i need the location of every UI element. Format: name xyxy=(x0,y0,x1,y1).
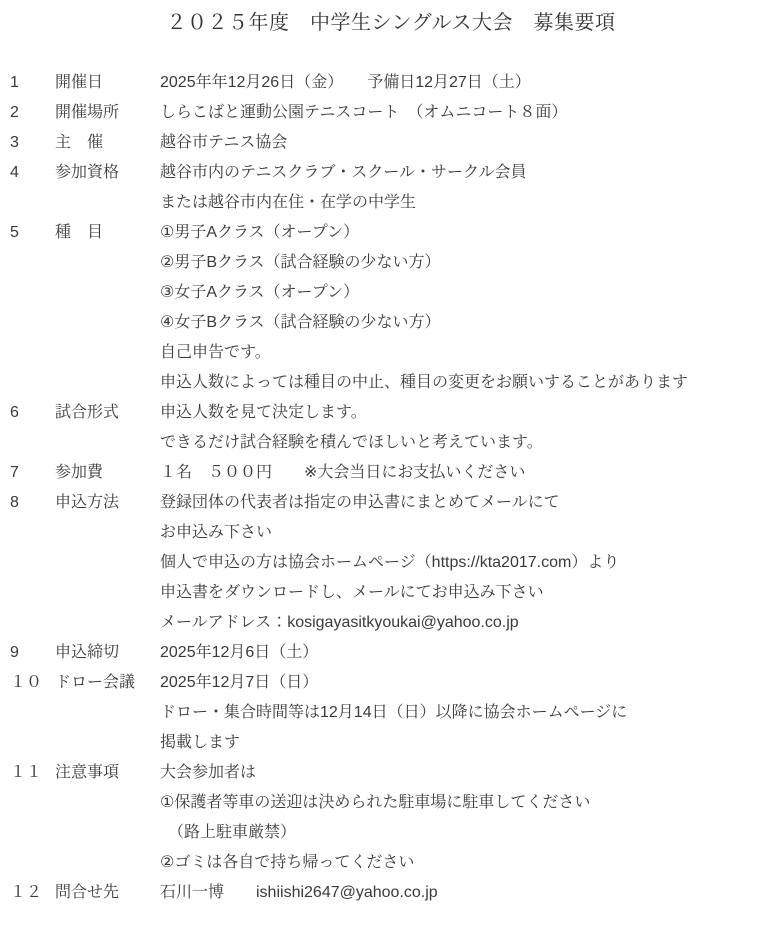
doc-row-5-class-b-girls: ④女子Bクラス（試合経験の少ない方） xyxy=(0,308,782,338)
row-text: しらこばと運動公園テニスコート （オムニコート８面） xyxy=(160,98,782,128)
row-label: 参加資格 xyxy=(55,158,160,188)
doc-row-12-toiawase: １２ 問合せ先 石川一博 ishiishi2647@yahoo.co.jp xyxy=(0,878,782,908)
doc-row-5-note: 申込人数によっては種目の中止、種目の変更をお願いすることがあります xyxy=(0,368,782,398)
row-text: 自己申告です。 xyxy=(160,338,782,368)
doc-row-11-trash: ②ゴミは各自で持ち帰ってください xyxy=(0,848,782,878)
row-label: 開催場所 xyxy=(55,98,160,128)
row-text: 2025年12月7日（日） xyxy=(160,668,782,698)
row-text: お申込み下さい xyxy=(160,518,782,548)
doc-row-3-shusai: 3 主 催 越谷市テニス協会 xyxy=(0,128,782,158)
row-label: 問合せ先 xyxy=(55,878,160,908)
row-text: ドロー・集合時間等は12月14日（日）以降に協会ホームページに xyxy=(160,698,782,728)
row-number: １１ xyxy=(10,758,55,788)
row-label: 注意事項 xyxy=(55,758,160,788)
row-text: 2025年12月6日（土） xyxy=(160,638,782,668)
row-text: 越谷市内のテニスクラブ・スクール・サークル会員 xyxy=(160,158,782,188)
doc-row-11-chuijiko: １１ 注意事項 大会参加者は xyxy=(0,758,782,788)
row-text: 個人で申込の方は協会ホームページ（https://kta2017.com）より xyxy=(160,548,782,578)
row-number: １０ xyxy=(10,668,55,698)
row-text: ①男子Aクラス（オープン） xyxy=(160,218,782,248)
row-text: 申込人数を見て決定します。 xyxy=(160,398,782,428)
doc-row-7-sankahi: 7 参加費 １名 ５００円 ※大会当日にお支払いください xyxy=(0,458,782,488)
row-label: 申込締切 xyxy=(55,638,160,668)
row-number: １２ xyxy=(10,878,55,908)
row-text: 登録団体の代表者は指定の申込書にまとめてメールにて xyxy=(160,488,782,518)
row-text: ②男子Bクラス（試合経験の少ない方） xyxy=(160,248,782,278)
row-label: ドロー会議 xyxy=(55,668,160,698)
doc-row-1-kaisaibi: 1 開催日 2025年年12月26日（金） 予備日12月27日（土） xyxy=(0,68,782,98)
row-text: できるだけ試合経験を積んでほしいと考えています。 xyxy=(160,428,782,458)
doc-row-9-shimekiri: 9 申込締切 2025年12月6日（土） xyxy=(0,638,782,668)
row-text: 石川一博 ishiishi2647@yahoo.co.jp xyxy=(160,878,782,908)
row-text: １名 ５００円 ※大会当日にお支払いください xyxy=(160,458,782,488)
row-label: 主 催 xyxy=(55,128,160,158)
row-number: 9 xyxy=(10,638,55,668)
document-page: ２０２５年度 中学生シングルス大会 募集要項 1 開催日 2025年年12月26… xyxy=(0,0,782,938)
row-text: 大会参加者は xyxy=(160,758,782,788)
row-number: 1 xyxy=(10,68,55,98)
row-number: 3 xyxy=(10,128,55,158)
doc-row-6-shiaikeishiki: 6 試合形式 申込人数を見て決定します。 xyxy=(0,398,782,428)
row-label: 種 目 xyxy=(55,218,160,248)
doc-row-8-email: メールアドレス：kosigayasitkyoukai@yahoo.co.jp xyxy=(0,608,782,638)
doc-row-11-no-street-parking: （路上駐車厳禁） xyxy=(0,818,782,848)
row-label: 試合形式 xyxy=(55,398,160,428)
doc-row-10-continuation-1: ドロー・集合時間等は12月14日（日）以降に協会ホームページに xyxy=(0,698,782,728)
doc-row-8-moushikomi: 8 申込方法 登録団体の代表者は指定の申込書にまとめてメールにて xyxy=(0,488,782,518)
doc-row-8-continuation-2: 申込書をダウンロードし、メールにてお申込み下さい xyxy=(0,578,782,608)
row-label: 開催日 xyxy=(55,68,160,98)
row-number: 2 xyxy=(10,98,55,128)
doc-row-4-sankashikaku: 4 参加資格 越谷市内のテニスクラブ・スクール・サークル会員 xyxy=(0,158,782,188)
doc-row-10-draw-kaigi: １０ ドロー会議 2025年12月7日（日） xyxy=(0,668,782,698)
row-text: ②ゴミは各自で持ち帰ってください xyxy=(160,848,782,878)
row-text: ③女子Aクラス（オープン） xyxy=(160,278,782,308)
doc-row-5-class-b-boys: ②男子Bクラス（試合経験の少ない方） xyxy=(0,248,782,278)
doc-row-5-class-a-girls: ③女子Aクラス（オープン） xyxy=(0,278,782,308)
doc-row-11-parking: ①保護者等車の送迎は決められた駐車場に駐車してください xyxy=(0,788,782,818)
page-title: ２０２５年度 中学生シングルス大会 募集要項 xyxy=(0,0,782,36)
row-number: 8 xyxy=(10,488,55,518)
row-text: ①保護者等車の送迎は決められた駐車場に駐車してください xyxy=(160,788,782,818)
row-label: 申込方法 xyxy=(55,488,160,518)
doc-row-5-shumoku: 5 種 目 ①男子Aクラス（オープン） xyxy=(0,218,782,248)
row-text: 掲載します xyxy=(160,728,782,758)
row-number: 5 xyxy=(10,218,55,248)
row-number: 6 xyxy=(10,398,55,428)
row-text: または越谷市内在住・在学の中学生 xyxy=(160,188,782,218)
row-text: 越谷市テニス協会 xyxy=(160,128,782,158)
row-text: メールアドレス：kosigayasitkyoukai@yahoo.co.jp xyxy=(160,608,782,638)
doc-row-4-continuation: または越谷市内在住・在学の中学生 xyxy=(0,188,782,218)
row-text: ④女子Bクラス（試合経験の少ない方） xyxy=(160,308,782,338)
row-label: 参加費 xyxy=(55,458,160,488)
row-text: 2025年年12月26日（金） 予備日12月27日（土） xyxy=(160,68,782,98)
doc-row-8-continuation-1: お申込み下さい xyxy=(0,518,782,548)
row-text: 申込書をダウンロードし、メールにてお申込み下さい xyxy=(160,578,782,608)
doc-row-8-homepage-url: 個人で申込の方は協会ホームページ（https://kta2017.com）より xyxy=(0,548,782,578)
doc-row-2-kaisaibasho: 2 開催場所 しらこばと運動公園テニスコート （オムニコート８面） xyxy=(0,98,782,128)
row-text: （路上駐車厳禁） xyxy=(160,818,782,848)
document-body: 1 開催日 2025年年12月26日（金） 予備日12月27日（土） 2 開催場… xyxy=(0,68,782,908)
row-number: 7 xyxy=(10,458,55,488)
row-text: 申込人数によっては種目の中止、種目の変更をお願いすることがあります xyxy=(160,368,782,398)
doc-row-10-continuation-2: 掲載します xyxy=(0,728,782,758)
row-number: 4 xyxy=(10,158,55,188)
doc-row-5-self-report: 自己申告です。 xyxy=(0,338,782,368)
doc-row-6-continuation: できるだけ試合経験を積んでほしいと考えています。 xyxy=(0,428,782,458)
